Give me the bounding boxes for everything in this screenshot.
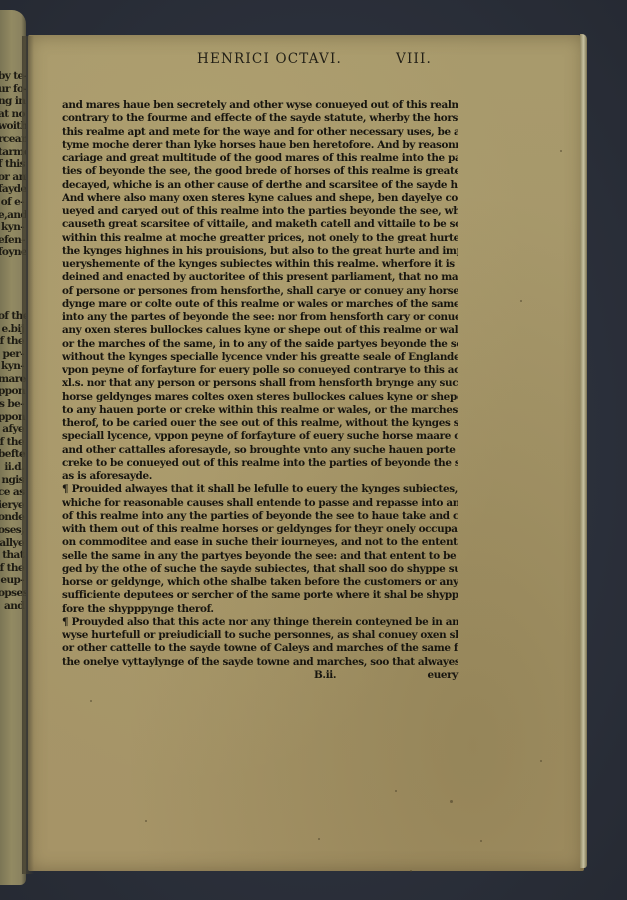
text-line: as is aforesayde. — [62, 470, 458, 483]
text-line: or the marches of the same, in to any of… — [62, 338, 458, 351]
text-lines: and mares haue ben secretely and other w… — [62, 99, 458, 669]
text-line: and other cattalles aforesayde, so broug… — [62, 444, 458, 457]
signature-mark: B.ii. — [314, 669, 336, 682]
text-line: xl.s. nor that any person or persons sha… — [62, 377, 458, 390]
facing-text-fragment: rcean- — [0, 133, 24, 146]
facing-text-fragment: e.bij — [0, 323, 24, 336]
page-footer: B.ii. euery — [62, 669, 458, 683]
text-line: any oxen steres bullockes calues kyne or… — [62, 324, 458, 337]
facing-page-margin-text: by te-ur fo-ng inat nowoith-rcean-tarmef… — [0, 70, 24, 612]
facing-text-fragment: ppon — [0, 385, 24, 398]
facing-text-fragment: allye — [0, 537, 24, 550]
facing-text-lower: of thee.bijf theper-kyn-mareppons be-ppo… — [0, 310, 24, 612]
text-line: ¶ Prouided alwayes that it shall be lefu… — [62, 483, 458, 496]
paper-speck — [520, 300, 522, 302]
text-line: and mares haue ben secretely and other w… — [62, 99, 458, 112]
text-line: cariage and great multitude of the good … — [62, 152, 458, 165]
paper-speck — [480, 840, 482, 842]
text-line: into any the partes of beyonde the see: … — [62, 311, 458, 324]
facing-text-fragment: opses — [0, 587, 24, 600]
facing-text-fragment: that — [0, 549, 24, 562]
text-line: ¶ Prouyded also that this acte nor any t… — [62, 616, 458, 629]
facing-text-fragment: kyn- — [0, 360, 24, 373]
text-line: vpon peyne of forfayture for euery polle… — [62, 364, 458, 377]
facing-text-fragment: onde — [0, 511, 24, 524]
text-line: to any hauen porte or creke within this … — [62, 404, 458, 417]
facing-text-fragment: ce as — [0, 486, 24, 499]
facing-text-fragment: kyn- — [0, 221, 24, 234]
facing-text-fragment: f the — [0, 562, 24, 575]
paper-speck — [450, 800, 453, 803]
facing-text-fragment: oses, — [0, 524, 24, 537]
facing-text-fragment: f the — [0, 436, 24, 449]
text-line: sufficiente deputees or sercher of the s… — [62, 589, 458, 602]
facing-text-fragment: or any — [0, 171, 24, 184]
text-line: creke to be conueyed out of this realme … — [62, 457, 458, 470]
text-line: wyse hurtefull or preiudiciall to suche … — [62, 629, 458, 642]
text-line: the onelye vyttaylynge of the sayde town… — [62, 656, 458, 669]
body-text: and mares haue ben secretely and other w… — [62, 99, 458, 683]
facing-text-fragment: ng in — [0, 95, 24, 108]
catchword: euery — [427, 669, 458, 682]
paper-speck — [90, 700, 92, 702]
facing-text-fragment: by te- — [0, 70, 24, 83]
paper-speck — [395, 790, 397, 792]
facing-text-fragment: s be- — [0, 398, 24, 411]
facing-text-fragment: at no — [0, 108, 24, 121]
text-line: whiche for reasonable causes shall enten… — [62, 497, 458, 510]
text-line: or other cattelle to the sayde towne of … — [62, 642, 458, 655]
text-line: of this realme into any the parties of b… — [62, 510, 458, 523]
text-line: ties of beyonde the see, the good brede … — [62, 165, 458, 178]
facing-text-fragment: f this — [0, 158, 24, 171]
facing-text-fragment: ii.d. — [0, 461, 24, 474]
text-line: contrary to the fourme and effecte of th… — [62, 112, 458, 125]
text-line: ueyed and caryed out of this realme into… — [62, 205, 458, 218]
folio-number: VIII. — [396, 51, 432, 67]
text-line: within this realme at moche greatter pri… — [62, 232, 458, 245]
facing-text-fragment: per- — [0, 348, 24, 361]
page-fore-edge — [580, 34, 587, 868]
running-title: HENRICI OCTAVI. — [197, 51, 342, 67]
text-line: decayed, whiche is an other cause of der… — [62, 179, 458, 192]
facing-text-fragment: of e- — [0, 196, 24, 209]
facing-text-fragment: fayde — [0, 183, 24, 196]
paper-speck — [318, 838, 320, 840]
facing-text-upper: by te-ur fo-ng inat nowoith-rcean-tarmef… — [0, 70, 24, 259]
facing-text-fragment: efen- — [0, 234, 24, 247]
facing-text-fragment: ngis — [0, 474, 24, 487]
paper-speck — [410, 870, 412, 872]
facing-text-fragment: of the — [0, 310, 24, 323]
facing-text-fragment: mare — [0, 373, 24, 386]
text-line: of persone or persones from hensforthe, … — [62, 285, 458, 298]
facing-text-fragment: woith- — [0, 120, 24, 133]
text-line: speciall lycence, vppon peyne of forfayt… — [62, 430, 458, 443]
facing-text-fragment: ur fo- — [0, 83, 24, 96]
text-line: ged by the othe of suche the sayde subie… — [62, 563, 458, 576]
text-line: horse or geldynge, which othe shalbe tak… — [62, 576, 458, 589]
facing-text-fragment: foyne — [0, 246, 24, 259]
text-line: the kynges highnes in his prouisions, bu… — [62, 245, 458, 258]
text-line: tyme moche derer than lyke horses haue b… — [62, 139, 458, 152]
text-line: without the kynges specialle lycence vnd… — [62, 351, 458, 364]
facing-text-fragment: eup- — [0, 574, 24, 587]
facing-text-fragment: ppon — [0, 411, 24, 424]
text-line: selle the same in any the partyes beyond… — [62, 550, 458, 563]
text-line: on commoditee and ease in suche their io… — [62, 536, 458, 549]
facing-text-fragment: and — [0, 600, 24, 613]
facing-text-fragment: tarme — [0, 146, 24, 159]
paper-speck — [560, 150, 562, 152]
text-line: fore the shypppynge therof. — [62, 603, 458, 616]
paper-speck — [540, 760, 542, 762]
text-line: deined and enacted by auctoritee of this… — [62, 271, 458, 284]
gutter-shadow — [22, 36, 34, 874]
facing-text-fragment: afye — [0, 423, 24, 436]
facing-text-fragment: f the — [0, 335, 24, 348]
text-line: causeth great scarsitee of vittaile, and… — [62, 218, 458, 231]
text-line: therof, to be caried ouer the see out of… — [62, 417, 458, 430]
facing-text-fragment: e,and — [0, 209, 24, 222]
text-line: ueryshemente of the kynges subiectes wit… — [62, 258, 458, 271]
facing-text-fragment: befte — [0, 448, 24, 461]
text-line: this realme apt and mete for the waye an… — [62, 126, 458, 139]
text-line: horse geldynges mares coltes oxen steres… — [62, 391, 458, 404]
text-line: with them out of this realme horses or g… — [62, 523, 458, 536]
facing-text-fragment: ierye — [0, 499, 24, 512]
paper-speck — [145, 820, 147, 822]
text-line: dynge mare or colte oute of this realme … — [62, 298, 458, 311]
text-line: And where also many oxen steres kyne cal… — [62, 192, 458, 205]
